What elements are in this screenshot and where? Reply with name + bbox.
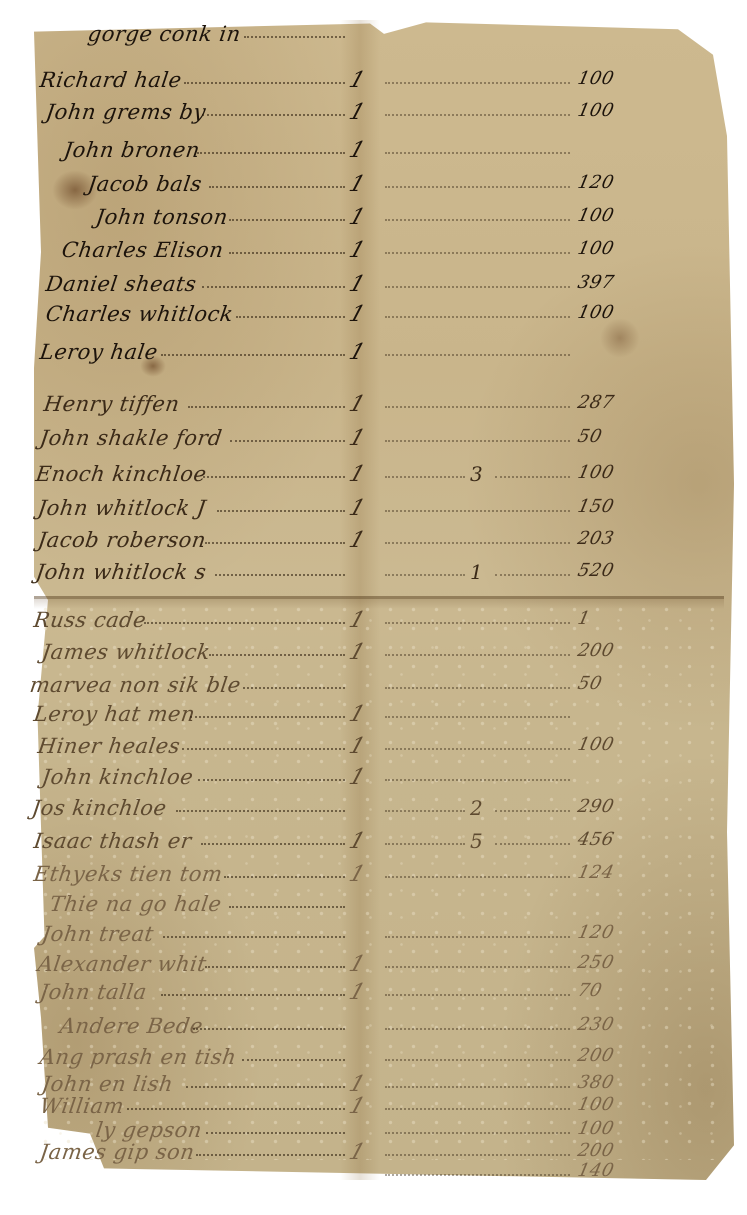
ledger-row: John whitlock J1150 bbox=[0, 496, 747, 526]
entry-count: 5 bbox=[470, 829, 483, 853]
entry-name: Andere Bede bbox=[58, 1014, 204, 1038]
tally-mark: 1 bbox=[346, 640, 368, 665]
entry-name: Jos kinchloe bbox=[30, 796, 168, 820]
ledger-row: Charles whitlock1100 bbox=[0, 302, 747, 332]
dotted-leader bbox=[196, 1154, 346, 1156]
entry-name: Hiner heales bbox=[36, 734, 181, 758]
entry-amount: 100 bbox=[576, 100, 616, 121]
dotted-leader bbox=[385, 354, 570, 356]
entry-amount: 140 bbox=[576, 1160, 616, 1181]
entry-name: Richard hale bbox=[38, 68, 183, 92]
tally-mark: 1 bbox=[346, 392, 368, 417]
entry-amount: 290 bbox=[576, 796, 616, 817]
tally-mark: 1 bbox=[346, 100, 368, 125]
dotted-leader bbox=[385, 219, 570, 221]
dotted-leader bbox=[495, 843, 570, 845]
entry-amount: 70 bbox=[576, 980, 604, 1001]
dotted-leader bbox=[202, 286, 346, 288]
entry-name: Jacob bals bbox=[86, 172, 203, 196]
entry-name: Charles whitlock bbox=[44, 302, 235, 326]
dotted-leader bbox=[385, 876, 570, 878]
dotted-leader bbox=[495, 476, 570, 478]
dotted-leader bbox=[385, 1028, 570, 1030]
dotted-leader bbox=[385, 114, 570, 116]
dotted-leader bbox=[385, 574, 465, 576]
ledger-row: Charles Elison1100 bbox=[0, 238, 747, 268]
dotted-leader bbox=[163, 936, 345, 938]
dotted-leader bbox=[229, 906, 346, 908]
dotted-leader bbox=[385, 687, 570, 689]
dotted-leader bbox=[385, 542, 570, 544]
ledger-row: Henry tiffen1287 bbox=[0, 392, 747, 422]
dotted-leader bbox=[184, 82, 345, 84]
entry-amount: 200 bbox=[576, 640, 616, 661]
entry-name: John whitlock s bbox=[34, 560, 208, 584]
dotted-leader bbox=[242, 1059, 346, 1061]
entry-name: Charles Elison bbox=[60, 238, 225, 262]
entry-amount: 150 bbox=[576, 496, 616, 517]
tally-mark: 1 bbox=[346, 68, 368, 93]
entry-name: Enoch kinchloe bbox=[34, 462, 208, 486]
dotted-leader bbox=[215, 574, 346, 576]
dotted-leader bbox=[176, 810, 345, 812]
dotted-leader bbox=[217, 510, 346, 512]
dotted-leader bbox=[495, 574, 570, 576]
dotted-leader bbox=[385, 440, 570, 442]
dotted-leader bbox=[385, 252, 570, 254]
entry-name: Isaac thash er bbox=[32, 829, 193, 853]
dotted-leader bbox=[224, 876, 345, 878]
ledger-row: 140 bbox=[0, 1160, 747, 1190]
ledger-row: Hiner heales1100 bbox=[0, 734, 747, 764]
ledger-row: Jos kinchloe2290 bbox=[0, 796, 747, 826]
entry-amount: 287 bbox=[576, 392, 616, 413]
tally-mark: 1 bbox=[346, 138, 368, 163]
tally-mark: 1 bbox=[346, 272, 368, 297]
tally-mark: 1 bbox=[346, 702, 368, 727]
dotted-leader bbox=[385, 994, 570, 996]
entry-name: John talla bbox=[38, 980, 148, 1004]
dotted-leader bbox=[385, 1154, 570, 1156]
tally-mark: 1 bbox=[346, 765, 368, 790]
ledger-row: John treat120 bbox=[0, 922, 747, 952]
ledger-row: James whitlock1200 bbox=[0, 640, 747, 670]
entry-amount: 456 bbox=[576, 829, 616, 850]
entry-name: John en lish bbox=[40, 1072, 175, 1096]
dotted-leader bbox=[385, 152, 570, 154]
dotted-leader bbox=[385, 82, 570, 84]
tally-mark: 1 bbox=[346, 496, 368, 521]
entry-name: Jacob roberson bbox=[36, 528, 207, 552]
entry-name: John whitlock J bbox=[36, 496, 207, 520]
dotted-leader bbox=[230, 440, 345, 442]
dotted-leader bbox=[385, 716, 570, 718]
entry-name: Ethyeks tien tom bbox=[32, 862, 224, 886]
dotted-leader bbox=[209, 186, 345, 188]
entry-name: John bronen bbox=[62, 138, 201, 162]
ledger-row: Ethyeks tien tom1124 bbox=[0, 862, 747, 892]
entry-amount: 200 bbox=[576, 1045, 616, 1066]
ledger-row: John kinchloe1 bbox=[0, 765, 747, 795]
entry-name: John grems by bbox=[44, 100, 207, 124]
ledger-list: gorge conk inRichard hale1100John grems … bbox=[0, 0, 747, 1215]
entry-amount: 100 bbox=[576, 462, 616, 483]
entry-amount: 120 bbox=[576, 172, 616, 193]
tally-mark: 1 bbox=[346, 205, 368, 230]
dotted-leader bbox=[385, 186, 570, 188]
dotted-leader bbox=[182, 748, 345, 750]
ledger-row: Daniel sheats1397 bbox=[0, 272, 747, 302]
entry-amount: 380 bbox=[576, 1072, 616, 1093]
ledger-row: Jacob roberson1203 bbox=[0, 528, 747, 558]
ledger-row: Leroy hat men1 bbox=[0, 702, 747, 732]
entry-amount: 250 bbox=[576, 952, 616, 973]
dotted-leader bbox=[201, 843, 345, 845]
dotted-leader bbox=[385, 1059, 570, 1061]
entry-amount: 50 bbox=[576, 673, 604, 694]
ledger-row: Isaac thash er15456 bbox=[0, 829, 747, 859]
entry-name: Daniel sheats bbox=[44, 272, 198, 296]
entry-amount: 100 bbox=[576, 1118, 616, 1139]
dotted-leader bbox=[243, 687, 345, 689]
dotted-leader bbox=[385, 1086, 570, 1088]
dotted-leader bbox=[385, 316, 570, 318]
dotted-leader bbox=[385, 810, 465, 812]
entry-name: John shakle ford bbox=[38, 426, 223, 450]
entry-count: 1 bbox=[470, 560, 483, 584]
dotted-leader bbox=[190, 716, 346, 718]
entry-amount: 100 bbox=[576, 734, 616, 755]
entry-amount: 100 bbox=[576, 205, 616, 226]
dotted-leader bbox=[385, 622, 570, 624]
dotted-leader bbox=[161, 994, 345, 996]
entry-amount: 100 bbox=[576, 1094, 616, 1115]
entry-name: ly gepson bbox=[94, 1118, 203, 1142]
tally-mark: 1 bbox=[346, 862, 368, 887]
dotted-leader bbox=[385, 779, 570, 781]
entry-name: Leroy hale bbox=[38, 340, 159, 364]
dotted-leader bbox=[236, 316, 345, 318]
entry-amount: 124 bbox=[576, 862, 616, 883]
dotted-leader bbox=[144, 622, 346, 624]
dotted-leader bbox=[385, 843, 465, 845]
tally-mark: 1 bbox=[346, 1094, 368, 1119]
ledger-row: John tonson1100 bbox=[0, 205, 747, 235]
dotted-leader bbox=[495, 810, 570, 812]
ledger-row: Andere Bede230 bbox=[0, 1014, 747, 1044]
entry-amount: 100 bbox=[576, 238, 616, 259]
entry-count: 2 bbox=[470, 796, 483, 820]
entry-name: William bbox=[38, 1094, 125, 1118]
ledger-row: Jacob bals1120 bbox=[0, 172, 747, 202]
entry-amount: 1 bbox=[576, 608, 592, 629]
entry-count: 3 bbox=[470, 462, 483, 486]
entry-amount: 200 bbox=[576, 1140, 616, 1161]
dotted-leader bbox=[385, 654, 570, 656]
dotted-leader bbox=[385, 286, 570, 288]
tally-mark: 1 bbox=[346, 528, 368, 553]
tally-mark: 1 bbox=[346, 734, 368, 759]
entry-amount: 100 bbox=[576, 68, 616, 89]
dotted-leader bbox=[385, 936, 570, 938]
entry-amount: 100 bbox=[576, 302, 616, 323]
dotted-leader bbox=[385, 748, 570, 750]
dotted-leader bbox=[209, 654, 345, 656]
tally-mark: 1 bbox=[346, 426, 368, 451]
entry-name: John tonson bbox=[94, 205, 229, 229]
tally-mark: 1 bbox=[346, 829, 368, 854]
ledger-row: marvea non sik ble50 bbox=[0, 673, 747, 703]
dotted-leader bbox=[202, 114, 346, 116]
entry-amount: 120 bbox=[576, 922, 616, 943]
ledger-row: John grems by1100 bbox=[0, 100, 747, 130]
entry-name: John treat bbox=[40, 922, 155, 946]
dotted-leader bbox=[385, 1132, 570, 1134]
tally-mark: 1 bbox=[346, 302, 368, 327]
tally-mark: 1 bbox=[346, 980, 368, 1005]
dotted-leader bbox=[198, 779, 346, 781]
dotted-leader bbox=[244, 36, 346, 38]
dotted-leader bbox=[206, 1132, 346, 1134]
dotted-leader bbox=[385, 476, 465, 478]
entry-name: marvea non sik ble bbox=[28, 673, 242, 697]
ledger-row: Alexander whit1250 bbox=[0, 952, 747, 982]
ledger-row: John bronen1 bbox=[0, 138, 747, 168]
tally-mark: 1 bbox=[346, 462, 368, 487]
entry-amount: 520 bbox=[576, 560, 616, 581]
ledger-row: Richard hale1100 bbox=[0, 68, 747, 98]
dotted-leader bbox=[186, 1086, 345, 1088]
tally-mark: 1 bbox=[346, 608, 368, 633]
dotted-leader bbox=[385, 1108, 570, 1110]
dotted-leader bbox=[161, 354, 345, 356]
dotted-leader bbox=[205, 966, 345, 968]
ledger-row: Enoch kinchloe13100 bbox=[0, 462, 747, 492]
dotted-leader bbox=[193, 1028, 346, 1030]
tally-mark: 1 bbox=[346, 952, 368, 977]
ledger-row: gorge conk in bbox=[0, 22, 747, 52]
entry-name: James whitlock bbox=[40, 640, 212, 664]
dotted-leader bbox=[385, 1174, 570, 1176]
entry-amount: 230 bbox=[576, 1014, 616, 1035]
entry-name: Thie na go hale bbox=[48, 892, 223, 916]
dotted-leader bbox=[203, 476, 345, 478]
entry-amount: 50 bbox=[576, 426, 604, 447]
dotted-leader bbox=[229, 219, 346, 221]
dotted-leader bbox=[385, 510, 570, 512]
tally-mark: 1 bbox=[346, 172, 368, 197]
entry-name: John kinchloe bbox=[40, 765, 195, 789]
dotted-leader bbox=[385, 966, 570, 968]
entry-name: Russ cade bbox=[32, 608, 148, 632]
dotted-leader bbox=[385, 406, 570, 408]
ledger-row: Russ cade11 bbox=[0, 608, 747, 638]
ledger-row: Thie na go hale bbox=[0, 892, 747, 922]
ledger-row: John talla170 bbox=[0, 980, 747, 1010]
entry-name: Henry tiffen bbox=[42, 392, 181, 416]
dotted-leader bbox=[205, 542, 345, 544]
tally-mark: 1 bbox=[346, 340, 368, 365]
entry-name: Leroy hat men bbox=[32, 702, 196, 726]
ledger-row: John shakle ford150 bbox=[0, 426, 747, 456]
ledger-row: John whitlock s1520 bbox=[0, 560, 747, 590]
tally-mark: 1 bbox=[346, 238, 368, 263]
entry-amount: 203 bbox=[576, 528, 616, 549]
dotted-leader bbox=[229, 252, 345, 254]
dotted-leader bbox=[197, 152, 346, 154]
document-canvas: gorge conk inRichard hale1100John grems … bbox=[0, 0, 747, 1215]
entry-name: Alexander whit bbox=[36, 952, 208, 976]
ledger-row: Leroy hale1 bbox=[0, 340, 747, 370]
dotted-leader bbox=[188, 406, 345, 408]
dotted-leader bbox=[127, 1108, 346, 1110]
ledger-row: Ang prash en tish200 bbox=[0, 1045, 747, 1075]
entry-name: gorge conk in bbox=[86, 22, 242, 46]
entry-name: Ang prash en tish bbox=[38, 1045, 238, 1069]
entry-amount: 397 bbox=[576, 272, 616, 293]
